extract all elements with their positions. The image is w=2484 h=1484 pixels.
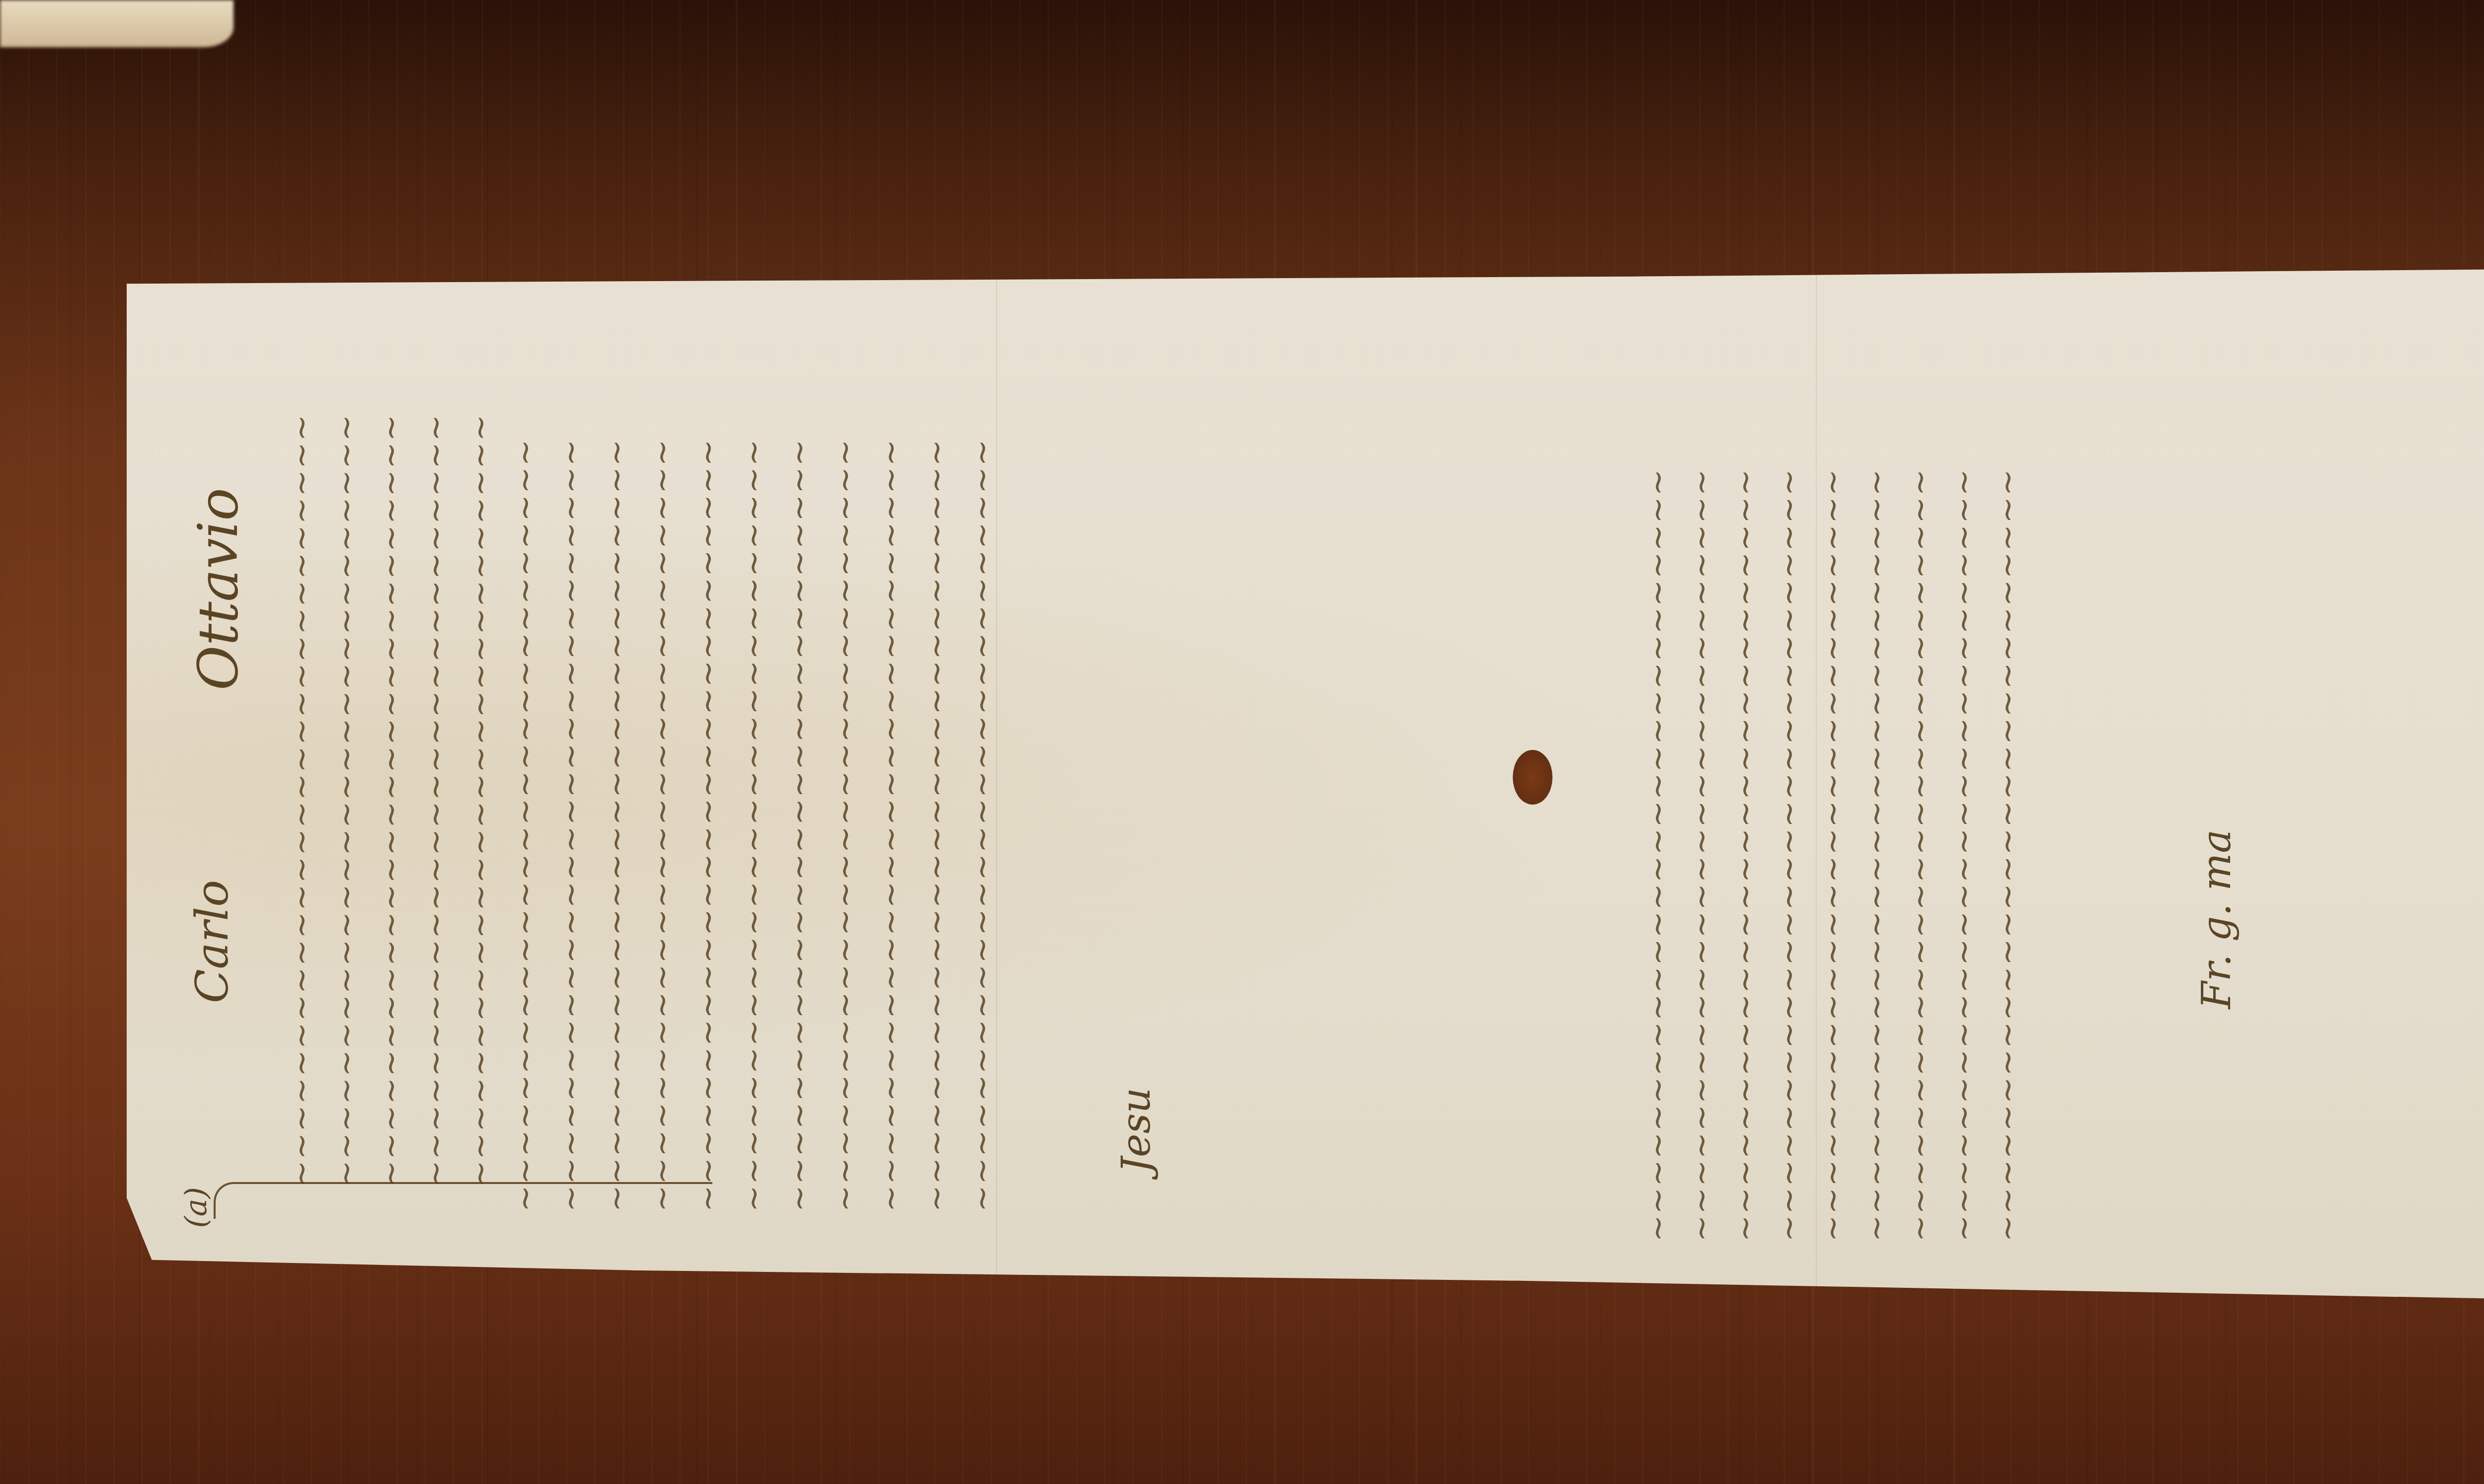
manuscript-line: ~~~~~~~~~~~~~~~~~~~~~~~~~~~~ (738, 293, 783, 1212)
page-mark: (a) (179, 1187, 214, 1228)
manuscript-line: ~~~~~~~~~~~~~~~~~~~~~~~~~~~~ (829, 293, 875, 1212)
manuscript-line: ~~~~~~~~~~~~~~~~~~~~~~~~~~~~ (509, 293, 555, 1212)
right-text-block: ~~~~~~~~~~~~~~~~~~~~~~~~~~~~ ~~~~~~~~~~~… (1642, 258, 2035, 1242)
manuscript-line: ~~~~~~~~~~~~~~~~~~~~~~~~~~~~ (1861, 258, 1904, 1242)
manuscript-line: ~~~~~~~~~~~~~~~~~~~~~~~~~~~~ (420, 343, 465, 1187)
manuscript-paper: Ottavio Carlo (a) ~~~~~~~~~~~~~~~~~~~~~~… (127, 268, 2484, 1301)
left-text-block-b: ~~~~~~~~~~~~~~~~~~~~~~~~~~~~ ~~~~~~~~~~~… (509, 293, 1012, 1212)
manuscript-line: ~~~~~~~~~~~~~~~~~~~~~~~~~~~~ (1642, 258, 1686, 1242)
manuscript-line: ~~~~~~~~~~~~~~~~~~~~~~~~~~~~ (555, 293, 601, 1212)
manuscript-line: ~~~~~~~~~~~~~~~~~~~~~~~~~~~~ (1992, 258, 2035, 1242)
left-text-block-a: ~~~~~~~~~~~~~~~~~~~~~~~~~~~~ ~~~~~~~~~~~… (286, 343, 509, 1187)
manuscript-line: ~~~~~~~~~~~~~~~~~~~~~~~~~~~~ (330, 343, 375, 1187)
manuscript-line: ~~~~~~~~~~~~~~~~~~~~~~~~~~~~ (966, 293, 1012, 1212)
manuscript-line: ~~~~~~~~~~~~~~~~~~~~~~~~~~~~ (1773, 258, 1817, 1242)
manuscript-line: ~~~~~~~~~~~~~~~~~~~~~~~~~~~~ (875, 293, 921, 1212)
manuscript-line: ~~~~~~~~~~~~~~~~~~~~~~~~~~~~ (1817, 258, 1861, 1242)
heading-name-2: Carlo (186, 755, 238, 1003)
signature-mark: Jesu (1113, 1088, 1159, 1173)
manuscript-line: ~~~~~~~~~~~~~~~~~~~~~~~~~~~~ (921, 293, 966, 1212)
manuscript-line: ~~~~~~~~~~~~~~~~~~~~~~~~~~~~ (783, 293, 829, 1212)
manuscript-line: ~~~~~~~~~~~~~~~~~~~~~~~~~~~~ (646, 293, 692, 1212)
manuscript-line: ~~~~~~~~~~~~~~~~~~~~~~~~~~~~ (465, 343, 509, 1187)
closing-mark: Fr. g. ma (2193, 829, 2240, 1009)
manuscript-line: ~~~~~~~~~~~~~~~~~~~~~~~~~~~~ (375, 343, 420, 1187)
paper-hole (1513, 750, 1552, 805)
manuscript-line: ~~~~~~~~~~~~~~~~~~~~~~~~~~~~ (1948, 258, 1992, 1242)
manuscript-line: ~~~~~~~~~~~~~~~~~~~~~~~~~~~~ (1686, 258, 1729, 1242)
heading-name-1: Ottavio (186, 343, 250, 690)
manuscript-line: ~~~~~~~~~~~~~~~~~~~~~~~~~~~~ (1904, 258, 1948, 1242)
manuscript-line: ~~~~~~~~~~~~~~~~~~~~~~~~~~~~ (692, 293, 738, 1212)
manuscript-line: ~~~~~~~~~~~~~~~~~~~~~~~~~~~~ (1729, 258, 1773, 1242)
manuscript-line: ~~~~~~~~~~~~~~~~~~~~~~~~~~~~ (286, 343, 330, 1187)
paper-fragment-top-left (0, 0, 233, 47)
manuscript-line: ~~~~~~~~~~~~~~~~~~~~~~~~~~~~ (601, 293, 646, 1212)
